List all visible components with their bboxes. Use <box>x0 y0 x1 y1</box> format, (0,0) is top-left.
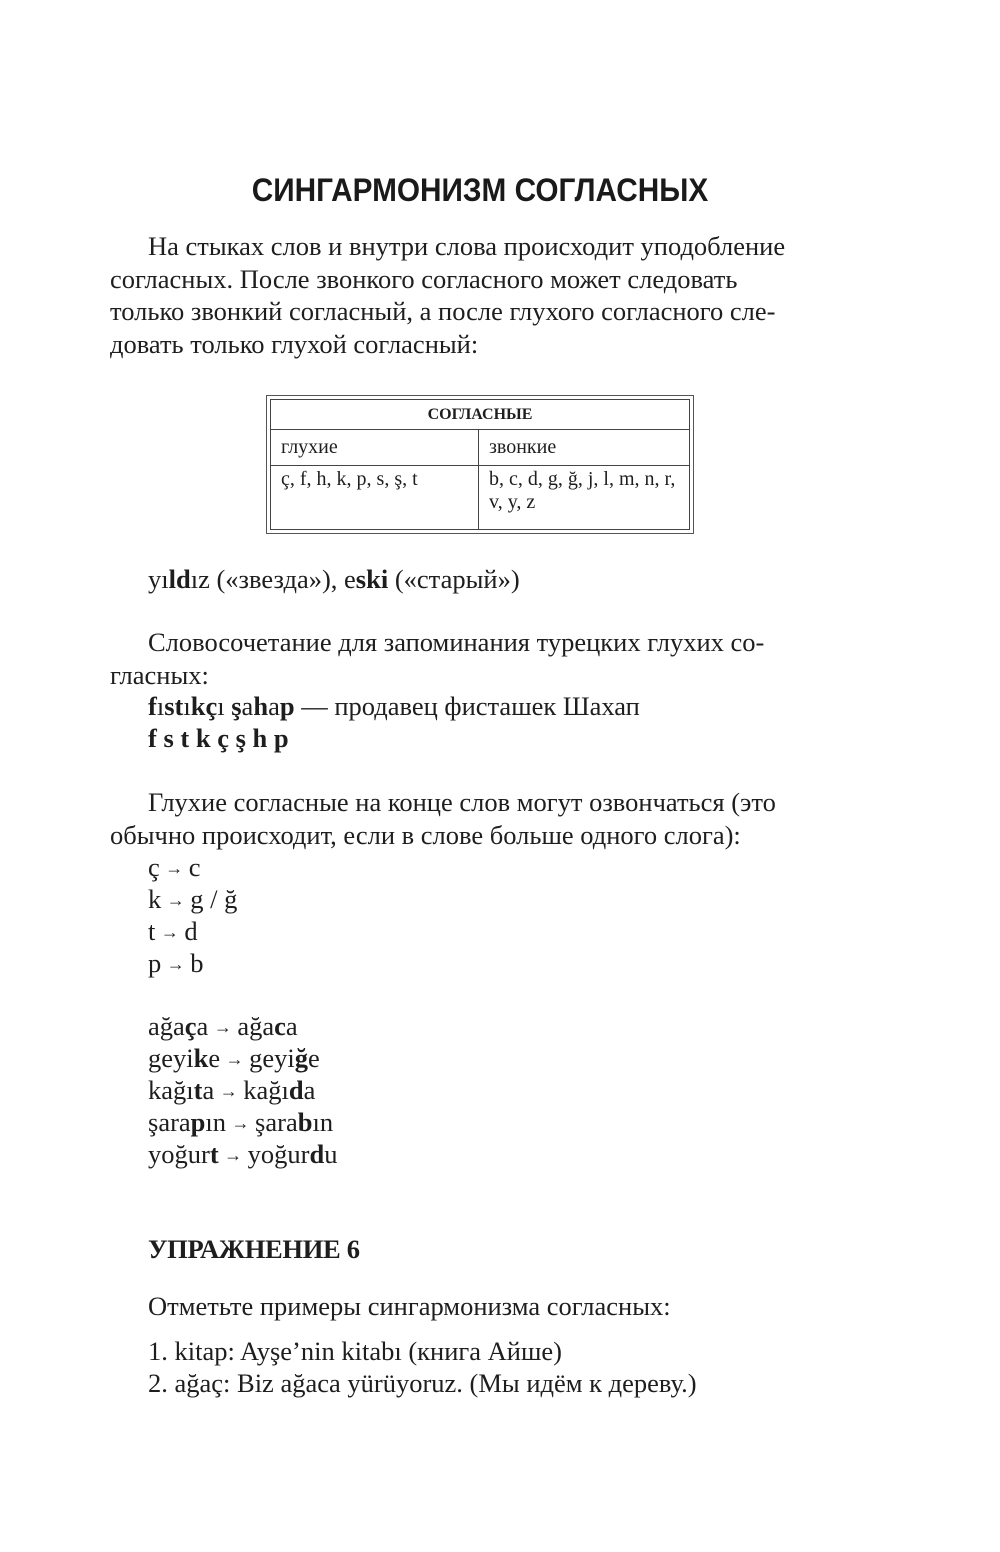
exercise-title: УПРАЖНЕНИЕ 6 <box>148 1234 360 1265</box>
voicing-paragraph: Глухие согласные на конце слов могут озв… <box>110 786 847 851</box>
mnemonic-line: Словосочетание для запоминания турецких … <box>110 626 847 659</box>
arrow-right-icon: → <box>220 1049 249 1069</box>
voiced-letters: b, c, d, g, ğ, j, l, m, n, r, v, y, z <box>479 466 690 530</box>
column-voiceless: глухие <box>271 430 479 466</box>
mnemonic-line: гласных: <box>110 659 847 692</box>
arrow-right-icon: → <box>226 1113 255 1133</box>
exercise-item-1: 1. kitap: Ayşe’nin kitabı (книга Айше) <box>148 1335 562 1367</box>
column-voiced: звонкие <box>479 430 690 466</box>
voicing-rule: k → g / ğ <box>148 883 237 916</box>
voicing-rule: p → b <box>148 947 204 980</box>
voicing-example: yoğurt → yoğurdu <box>148 1138 337 1171</box>
arrow-right-icon: → <box>161 890 190 910</box>
exercise-instruction: Отметьте примеры сингармонизма согласных… <box>148 1290 671 1322</box>
arrow-right-icon: → <box>219 1145 248 1165</box>
voicing-line: Глухие согласные на конце слов могут озв… <box>110 786 847 819</box>
intro-line: На стыках слов и внутри слова происходит… <box>110 230 847 263</box>
intro-paragraph: На стыках слов и внутри слова происходит… <box>110 230 847 360</box>
arrow-right-icon: → <box>214 1081 243 1101</box>
voicing-rule: t → d <box>148 915 198 948</box>
consonants-table: СОГЛАСНЫЕ глухие звонкие ç, f, h, k, p, … <box>270 399 690 530</box>
voicing-example: geyike → geyiğe <box>148 1042 320 1075</box>
voiceless-letters: ç, f, h, k, p, s, ş, t <box>271 466 479 530</box>
intro-line: согласных. После звонкого согласного мож… <box>110 263 847 296</box>
arrow-right-icon: → <box>160 858 189 878</box>
intro-line: довать только глухой согласный: <box>110 328 847 361</box>
mnemonic-letters: f s t k ç ş h p <box>148 722 289 754</box>
voicing-example: şarapın → şarabın <box>148 1106 333 1139</box>
example-words: yıldız («звезда»), eski («старый») <box>148 563 520 595</box>
arrow-right-icon: → <box>155 922 184 942</box>
voicing-rule: ç → c <box>148 851 201 884</box>
arrow-right-icon: → <box>161 954 190 974</box>
book-page: СИНГАРМОНИЗМ СОГЛАСНЫХ На стыках слов и … <box>0 0 1000 1552</box>
mnemonic-paragraph: Словосочетание для запоминания турецких … <box>110 626 847 691</box>
voicing-example: ağaça → ağaca <box>148 1010 298 1043</box>
section-title: СИНГАРМОНИЗМ СОГЛАСНЫХ <box>136 172 824 209</box>
exercise-item-2: 2. ağaç: Biz ağaca yürüyoruz. (Мы идём к… <box>148 1367 697 1399</box>
voicing-example: kağıta → kağıda <box>148 1074 315 1107</box>
voicing-line: обычно происходит, если в слове больше о… <box>110 819 847 852</box>
mnemonic-phrase: fıstıkçı şahap — продавец фисташек Шахап <box>148 690 640 722</box>
table-header: СОГЛАСНЫЕ <box>271 400 690 430</box>
arrow-right-icon: → <box>208 1017 237 1037</box>
consonants-table-frame: СОГЛАСНЫЕ глухие звонкие ç, f, h, k, p, … <box>266 395 694 534</box>
table-row: ç, f, h, k, p, s, ş, t b, c, d, g, ğ, j,… <box>271 466 690 530</box>
intro-line: только звонкий согласный, а после глухог… <box>110 295 847 328</box>
